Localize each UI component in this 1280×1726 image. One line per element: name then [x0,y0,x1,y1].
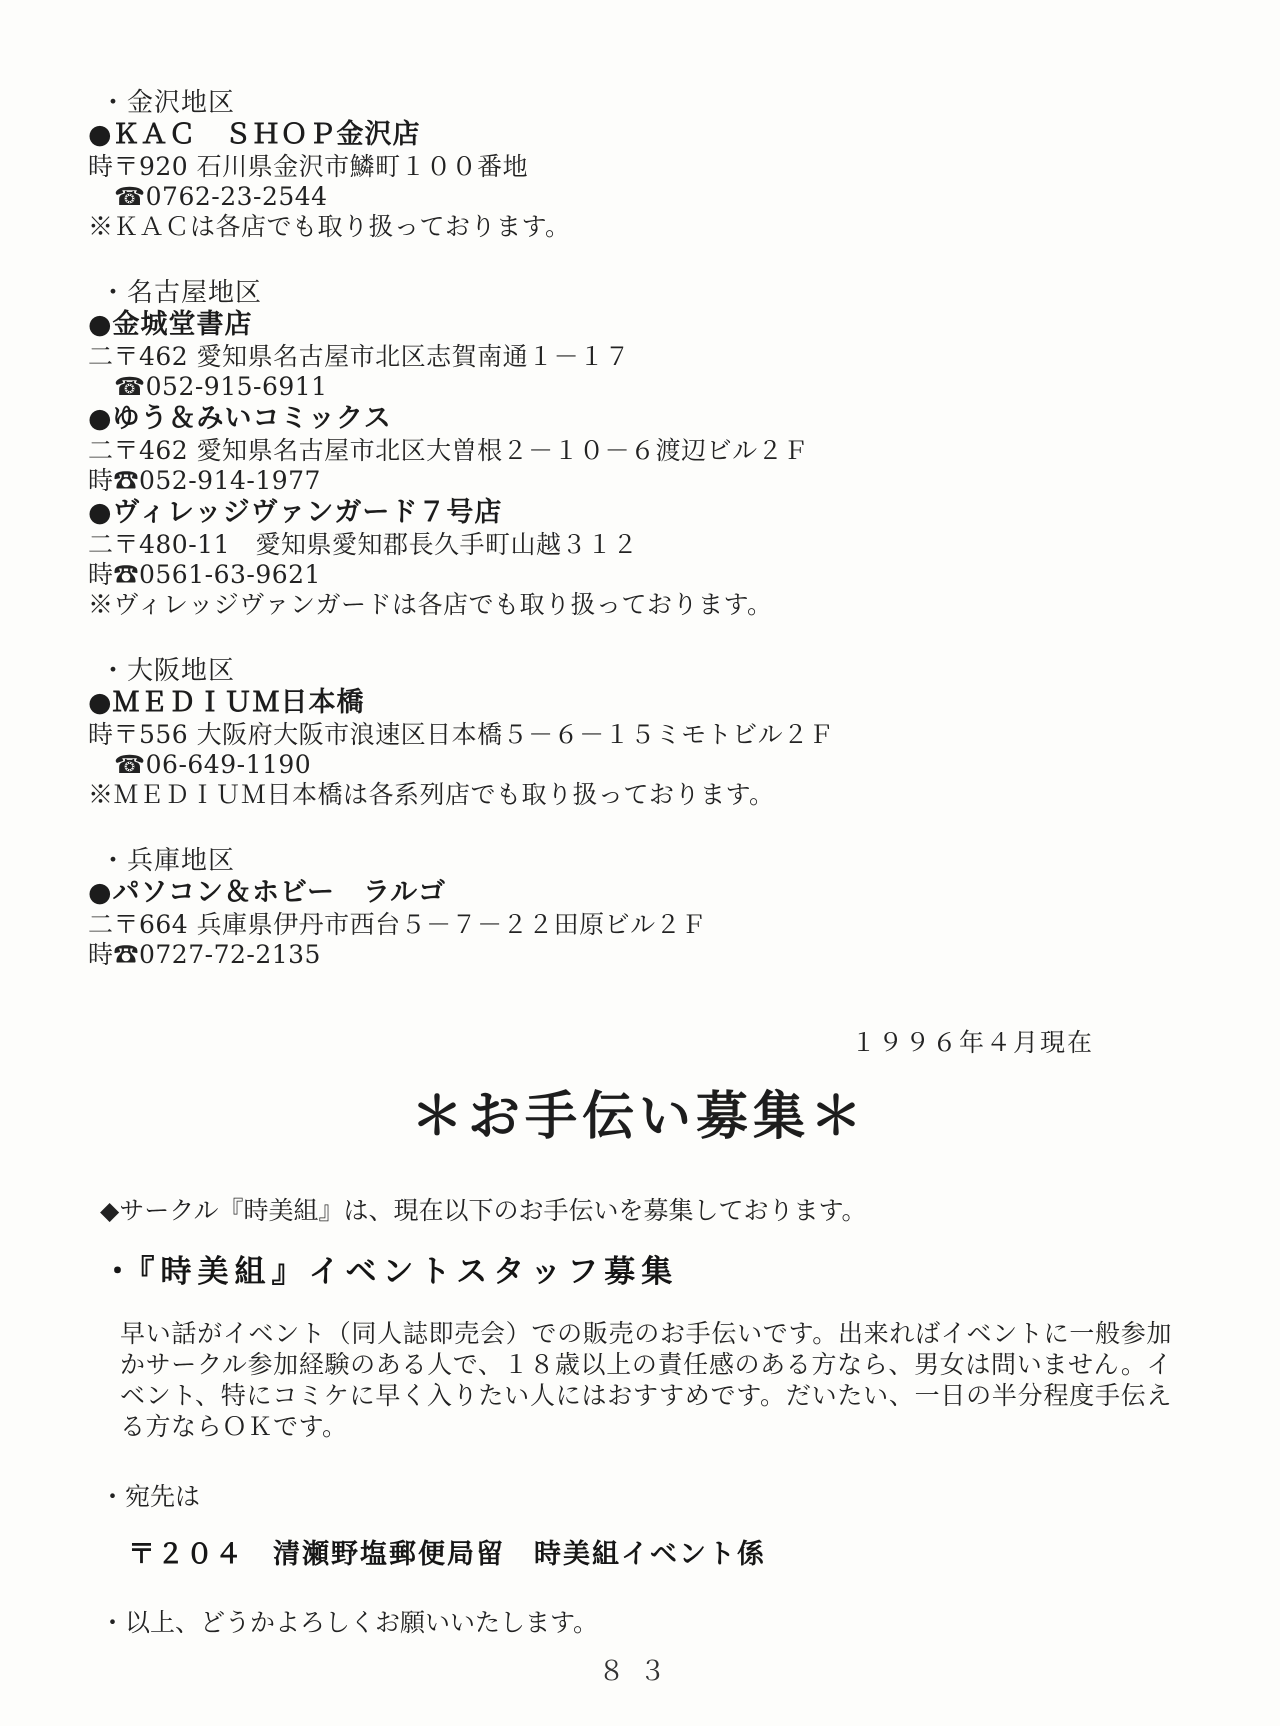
closing-line: ・以上、どうかよろしくお願いいたします。 [88,1608,1190,1638]
region-label: ・金沢地区 [88,88,1190,118]
region-nagoya: ・名古屋地区 ●金城堂書店 二〒462 愛知県名古屋市北区志賀南通１－１７ ☎0… [88,278,1190,620]
region-kanazawa: ・金沢地区 ●ＫＡＣ ＳＨＯＰ金沢店 時〒920 石川県金沢市鱗町１００番地 ☎… [88,88,1190,242]
addressee-label: ・宛先は [88,1482,1190,1512]
recruitment-body: 早い話がイベント（同人誌即売会）での販売のお手伝いです。出来ればイベントに一般参… [88,1318,1190,1442]
shop-phone: ☎0762-23-2544 [88,182,1190,212]
recruitment-title: ＊お手伝い募集＊ [88,1084,1190,1150]
shop-phone: ☎06-649-1190 [88,750,1190,780]
recruitment-intro: ◆サークル『時美組』は、現在以下のお手伝いを募集しております。 [88,1196,1190,1226]
addressee-address: 〒２０４ 清瀬野塩郵便局留 時美組イベント係 [88,1538,1190,1572]
shop-name: ●パソコン＆ホビー ラルゴ [88,876,1190,910]
shop-address: 時〒556 大阪府大阪市浪速区日本橋５－６－１５ミモトビル２Ｆ [88,720,1190,750]
shop-phone: 時☎052-914-1977 [88,466,1190,496]
shop-name: ●ヴィレッジヴァンガード７号店 [88,496,1190,530]
region-label: ・大阪地区 [88,656,1190,686]
shop-directory: ・金沢地区 ●ＫＡＣ ＳＨＯＰ金沢店 時〒920 石川県金沢市鱗町１００番地 ☎… [88,88,1190,970]
shop-entry: ●ヴィレッジヴァンガード７号店 二〒480-11 愛知県愛知郡長久手町山越３１２… [88,496,1190,620]
shop-note: ※ＭＥＤＩＵＭ日本橋は各系列店でも取り扱っております。 [88,780,1190,810]
shop-entry: ●ＭＥＤＩＵＭ日本橋 時〒556 大阪府大阪市浪速区日本橋５－６－１５ミモトビル… [88,686,1190,810]
shop-phone: 時☎0561-63-9621 [88,560,1190,590]
region-hyogo: ・兵庫地区 ●パソコン＆ホビー ラルゴ 二〒664 兵庫県伊丹市西台５－７－２２… [88,846,1190,970]
shop-note: ※ヴィレッジヴァンガードは各店でも取り扱っております。 [88,590,1190,620]
shop-entry: ●金城堂書店 二〒462 愛知県名古屋市北区志賀南通１－１７ ☎052-915-… [88,308,1190,402]
recruitment-heading: ・『時美組』イベントスタッフ募集 [88,1252,1190,1292]
region-osaka: ・大阪地区 ●ＭＥＤＩＵＭ日本橋 時〒556 大阪府大阪市浪速区日本橋５－６－１… [88,656,1190,810]
shop-name: ●ＭＥＤＩＵＭ日本橋 [88,686,1190,720]
shop-address: 二〒664 兵庫県伊丹市西台５－７－２２田原ビル２Ｆ [88,910,1190,940]
shop-name: ●ゆう＆みいコミックス [88,402,1190,436]
shop-phone: ☎052-915-6911 [88,372,1190,402]
shop-entry: ●ＫＡＣ ＳＨＯＰ金沢店 時〒920 石川県金沢市鱗町１００番地 ☎0762-2… [88,118,1190,242]
shop-note: ※ＫＡＣは各店でも取り扱っております。 [88,212,1190,242]
shop-name: ●ＫＡＣ ＳＨＯＰ金沢店 [88,118,1190,152]
recruitment-section: ＊お手伝い募集＊ ◆サークル『時美組』は、現在以下のお手伝いを募集しております。… [88,1084,1190,1638]
region-label: ・兵庫地区 [88,846,1190,876]
shop-phone: 時☎0727-72-2135 [88,940,1190,970]
shop-entry: ●パソコン＆ホビー ラルゴ 二〒664 兵庫県伊丹市西台５－７－２２田原ビル２Ｆ… [88,876,1190,970]
scanned-page: ・金沢地区 ●ＫＡＣ ＳＨＯＰ金沢店 時〒920 石川県金沢市鱗町１００番地 ☎… [0,0,1280,1726]
shop-address: 二〒462 愛知県名古屋市北区大曽根２－１０－６渡辺ビル２Ｆ [88,436,1190,466]
shop-name: ●金城堂書店 [88,308,1190,342]
shop-address: 二〒462 愛知県名古屋市北区志賀南通１－１７ [88,342,1190,372]
page-number: ８３ [88,1656,1190,1688]
region-label: ・名古屋地区 [88,278,1190,308]
shop-address: 時〒920 石川県金沢市鱗町１００番地 [88,152,1190,182]
shop-address: 二〒480-11 愛知県愛知郡長久手町山越３１２ [88,530,1190,560]
as-of-date: １９９６年４月現在 [88,1028,1190,1058]
shop-entry: ●ゆう＆みいコミックス 二〒462 愛知県名古屋市北区大曽根２－１０－６渡辺ビル… [88,402,1190,496]
